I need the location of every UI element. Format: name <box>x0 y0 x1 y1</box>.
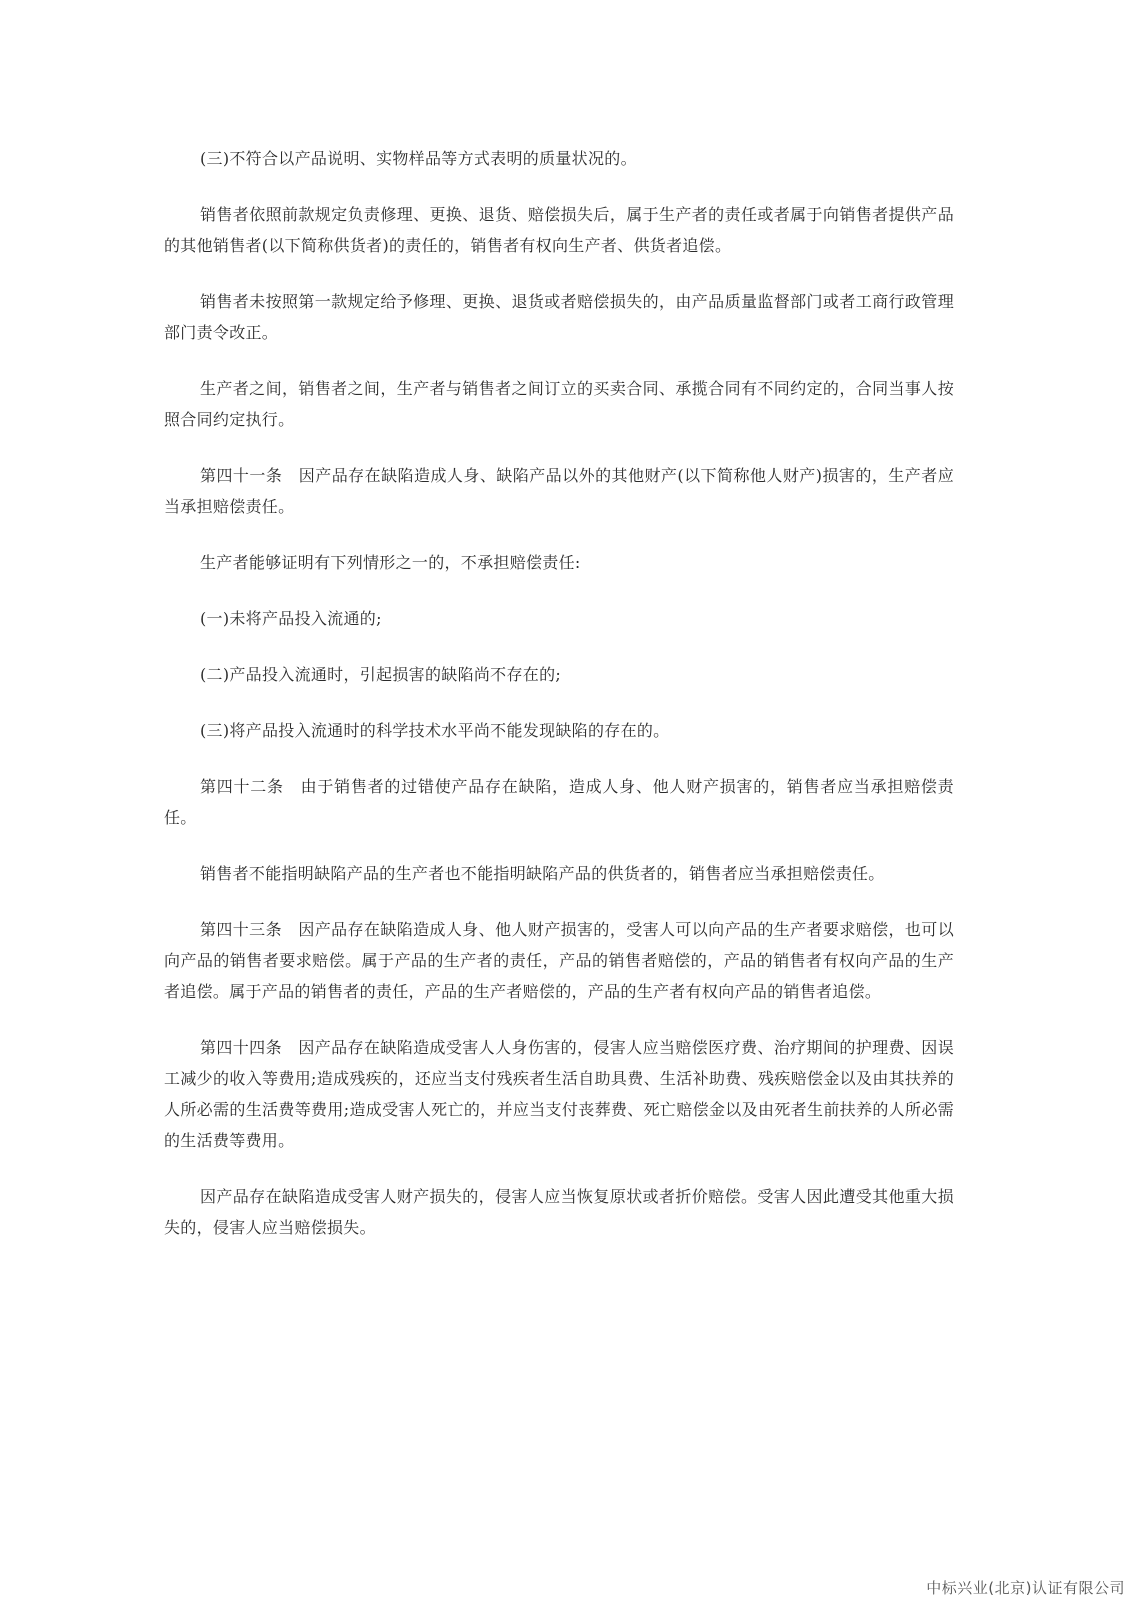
paragraph-property-loss: 因产品存在缺陷造成受害人财产损失的，侵害人应当恢复原状或者折价赔偿。受害人因此遭… <box>164 1181 954 1243</box>
paragraph-exemption-2: (二)产品投入流通时，引起损害的缺陷尚不存在的; <box>164 659 954 690</box>
paragraph-article-41: 第四十一条 因产品存在缺陷造成人身、缺陷产品以外的其他财产(以下简称他人财产)损… <box>164 460 954 522</box>
paragraph-article-43: 第四十三条 因产品存在缺陷造成人身、他人财产损害的，受害人可以向产品的生产者要求… <box>164 914 954 1007</box>
paragraph-seller-liability: 销售者不能指明缺陷产品的生产者也不能指明缺陷产品的供货者的，销售者应当承担赔偿责… <box>164 858 954 889</box>
paragraph-article-42: 第四十二条 由于销售者的过错使产品存在缺陷，造成人身、他人财产损害的，销售者应当… <box>164 771 954 833</box>
paragraph-item-three-quality: (三)不符合以产品说明、实物样品等方式表明的质量状况的。 <box>164 143 954 174</box>
paragraph-seller-correction: 销售者未按照第一款规定给予修理、更换、退货或者赔偿损失的，由产品质量监督部门或者… <box>164 286 954 348</box>
paragraph-article-44: 第四十四条 因产品存在缺陷造成受害人人身伤害的，侵害人应当赔偿医疗费、治疗期间的… <box>164 1032 954 1156</box>
paragraph-seller-recourse: 销售者依照前款规定负责修理、更换、退货、赔偿损失后，属于生产者的责任或者属于向销… <box>164 199 954 261</box>
paragraph-contract-agreement: 生产者之间，销售者之间，生产者与销售者之间订立的买卖合同、承揽合同有不同约定的，… <box>164 373 954 435</box>
paragraph-exemption-1: (一)未将产品投入流通的; <box>164 603 954 634</box>
paragraph-exemption-3: (三)将产品投入流通时的科学技术水平尚不能发现缺陷的存在的。 <box>164 715 954 746</box>
document-page: (三)不符合以产品说明、实物样品等方式表明的质量状况的。 销售者依照前款规定负责… <box>0 0 1131 1600</box>
footer-company-name: 中标兴业(北京)认证有限公司 <box>926 1577 1125 1598</box>
document-body: (三)不符合以产品说明、实物样品等方式表明的质量状况的。 销售者依照前款规定负责… <box>164 143 954 1268</box>
paragraph-exemptions-intro: 生产者能够证明有下列情形之一的，不承担赔偿责任: <box>164 547 954 578</box>
